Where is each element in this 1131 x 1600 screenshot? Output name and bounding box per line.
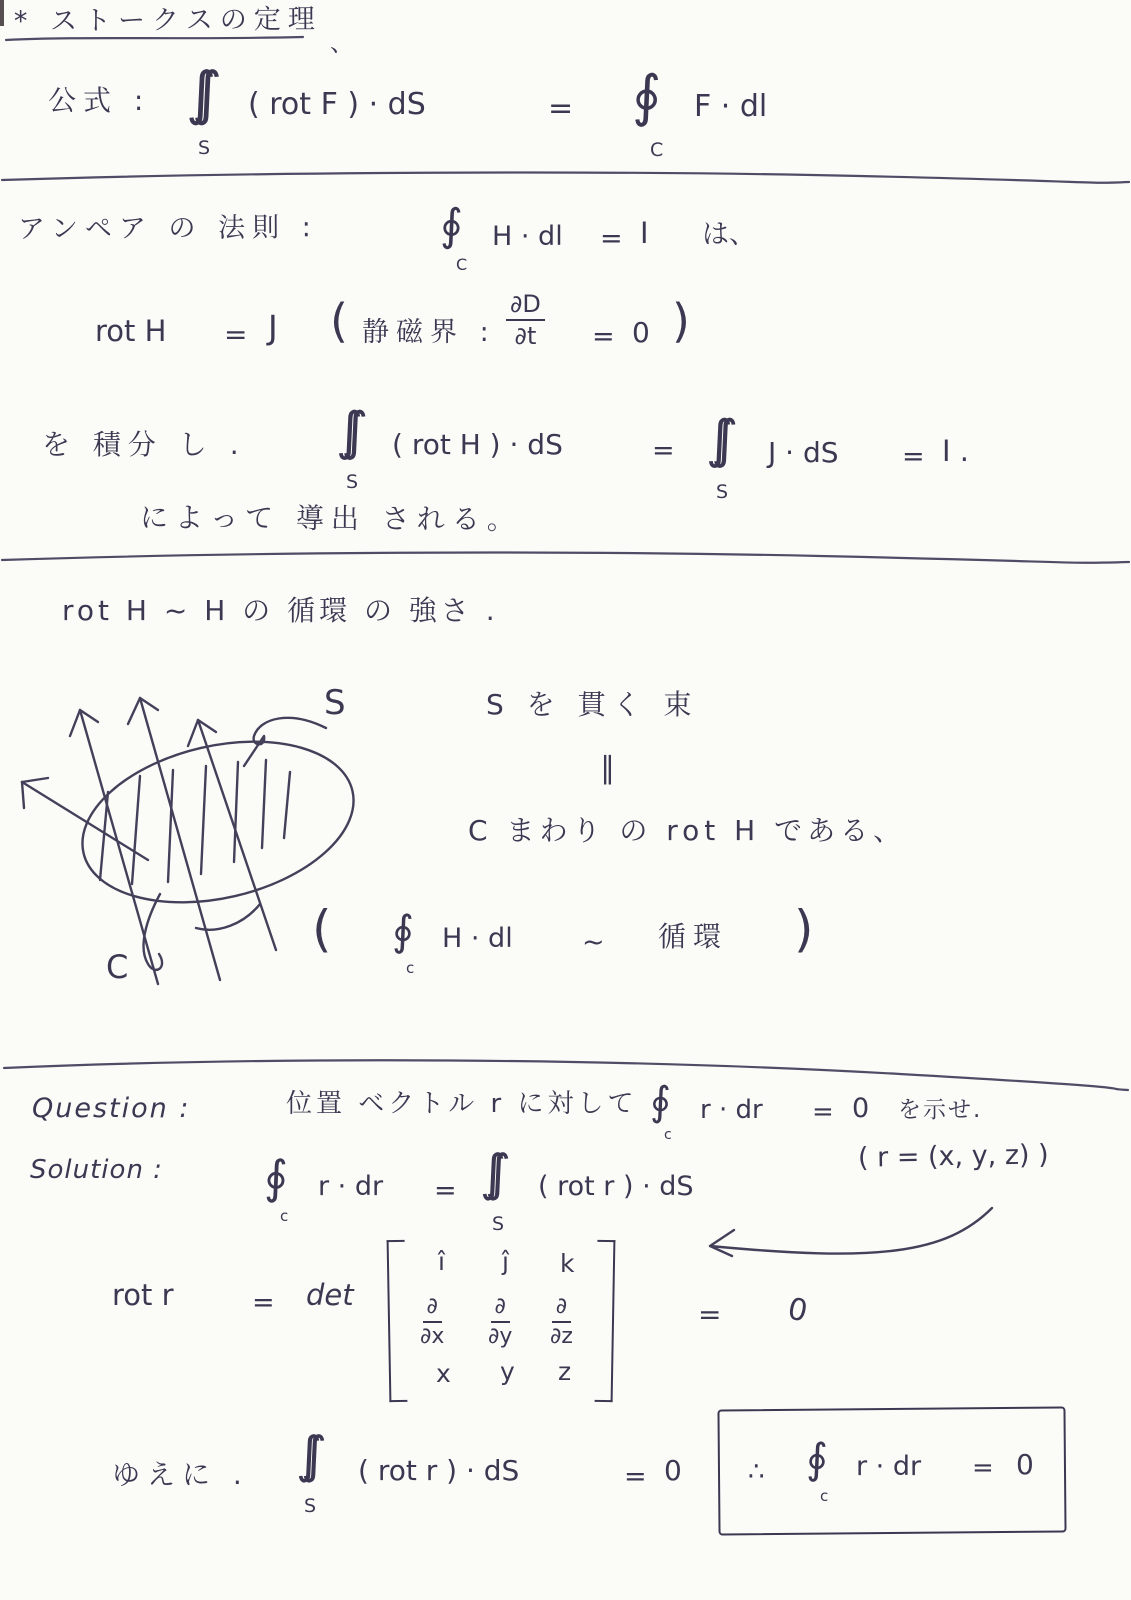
show-that: を示せ.	[898, 1098, 982, 1123]
fraction-denominator: ∂z	[550, 1323, 573, 1348]
partial-x: ∂ ∂x	[420, 1296, 444, 1348]
surface-label: S	[324, 683, 346, 723]
integral-sub-s: S	[716, 482, 728, 503]
equals: =	[592, 322, 615, 352]
rot-r: rot r	[112, 1280, 174, 1312]
j-ds-integrand: J · dS	[768, 438, 839, 469]
equals: =	[902, 442, 925, 472]
integrate-lead: を 積分 し .	[42, 430, 246, 461]
integral-sub-s: S	[492, 1214, 504, 1235]
zero: 0	[852, 1094, 869, 1124]
contour-integral: ∮	[264, 1152, 288, 1203]
zero: 0	[632, 318, 650, 349]
ampere-tail: は、	[702, 220, 756, 250]
rot-around-c: C まわり の rot H である、	[468, 816, 906, 847]
matrix-y: y	[500, 1358, 515, 1386]
zero: 0	[664, 1456, 682, 1487]
static-field-label: 静磁界 :	[362, 318, 496, 348]
fraction-numerator: ∂	[491, 1296, 510, 1323]
circulation-heading: rot H ~ H の 循環 の 強さ .	[62, 596, 499, 627]
double-integral: ∫∫	[706, 412, 717, 469]
section-divider-2	[2, 553, 1129, 563]
question-text: 位置 ベクトル r に対して	[286, 1090, 637, 1119]
flux-through-s: S を 貫く 束	[486, 690, 698, 721]
section-divider-1	[2, 173, 1129, 183]
contour-integral: ∮	[440, 202, 463, 250]
therefore-symbol: ∴	[748, 1458, 765, 1487]
formula-rhs: F · dl	[694, 90, 767, 123]
equals: =	[624, 1462, 647, 1492]
integral-sub-c: C	[650, 140, 663, 161]
dD-dt-fraction: ∂D ∂t	[506, 292, 545, 348]
contour-integral: ∮	[632, 66, 661, 128]
integral-sub-s: S	[346, 472, 358, 493]
c-curve-arrow	[144, 894, 260, 970]
paren-close: )	[672, 296, 690, 347]
circulation-label: 循環	[658, 922, 728, 953]
formula-label: 公式 :	[48, 86, 150, 117]
matrix-x: x	[436, 1360, 451, 1388]
det-label: det	[306, 1280, 354, 1312]
equals: =	[548, 92, 573, 125]
integral-sub-c: C	[456, 256, 467, 274]
partial-z: ∂ ∂z	[550, 1296, 573, 1348]
paren-open: (	[312, 902, 332, 957]
equals: =	[652, 436, 675, 466]
equals: =	[600, 224, 623, 254]
equals: =	[698, 1300, 721, 1331]
paren-close: )	[794, 902, 814, 957]
equals: =	[812, 1098, 834, 1127]
contour-integral: ∮	[650, 1080, 671, 1124]
paren-open: (	[330, 296, 348, 347]
tilde: ~	[582, 928, 605, 958]
equals: =	[252, 1288, 275, 1318]
integral-sub-c: c	[406, 960, 414, 977]
notebook-page: * ストークスの定理 、 公式 : ∫∫ S ( rot F ) · dS = …	[0, 0, 1131, 1600]
matrix-k: k	[560, 1250, 574, 1278]
current-symbol: I .	[942, 436, 969, 468]
ampere-lead: アンペア の 法則 :	[18, 213, 318, 244]
title-underline	[6, 37, 303, 40]
equals: =	[972, 1454, 994, 1483]
r-dr-integrand: r · dr	[700, 1096, 763, 1125]
section-divider-3	[4, 1060, 1128, 1090]
equals: =	[434, 1176, 457, 1206]
formula-lhs: ( rot F ) · dS	[248, 88, 426, 121]
equals: =	[224, 320, 247, 351]
matrix-bracket-right	[595, 1240, 616, 1402]
position-vector-note: ( r = (x, y, z) )	[858, 1140, 1049, 1173]
current-symbol: I	[640, 218, 649, 250]
flux-arrows	[22, 698, 276, 984]
rot-r-integrand: ( rot r ) · dS	[358, 1456, 519, 1487]
integral-sub-c: c	[664, 1128, 672, 1143]
rot-h: rot H	[95, 316, 166, 348]
h-dl-integrand: H · dl	[442, 924, 513, 954]
integral-sub-s: S	[304, 1496, 316, 1517]
contour-integral: ∮	[806, 1436, 828, 1482]
matrix-bracket-left	[387, 1240, 408, 1402]
therefore-lead: ゆえに .	[112, 1460, 249, 1491]
fraction-denominator: ∂t	[515, 321, 537, 348]
fraction-denominator: ∂x	[420, 1323, 444, 1348]
fraction-numerator: ∂	[423, 1296, 442, 1323]
current-density-symbol: J	[268, 310, 278, 346]
r-dr-integrand: r · dr	[856, 1452, 921, 1482]
double-integral: ∫∫	[296, 1428, 306, 1483]
derived-by-line: によって 導出 される。	[140, 503, 522, 536]
matrix-z: z	[558, 1358, 571, 1386]
fraction-numerator: ∂D	[506, 292, 545, 321]
ampere-integrand: H · dl	[492, 222, 563, 252]
r-dr-integrand: r · dr	[318, 1172, 383, 1202]
double-integral: ∫∫	[186, 62, 198, 126]
contour-integral: ∮	[392, 908, 414, 954]
integral-sub-c: c	[280, 1208, 288, 1225]
double-integral: ∫∫	[480, 1146, 490, 1201]
equivalence-bars: ∥	[600, 752, 615, 785]
rot-h-integrand: ( rot H ) · dS	[392, 430, 563, 461]
double-integral: ∫∫	[336, 404, 347, 461]
contour-label: C	[106, 948, 128, 986]
integral-sub-c: c	[820, 1488, 828, 1505]
fraction-numerator: ∂	[552, 1296, 571, 1323]
matrix-j: ĵ	[502, 1248, 509, 1276]
partial-y: ∂ ∂y	[488, 1296, 512, 1348]
matrix-i: î	[438, 1248, 445, 1276]
solution-label: Solution :	[30, 1156, 163, 1185]
zero: 0	[1016, 1450, 1034, 1481]
integral-sub-s: S	[198, 138, 210, 159]
fraction-denominator: ∂y	[488, 1323, 512, 1348]
question-label: Question :	[32, 1094, 190, 1124]
